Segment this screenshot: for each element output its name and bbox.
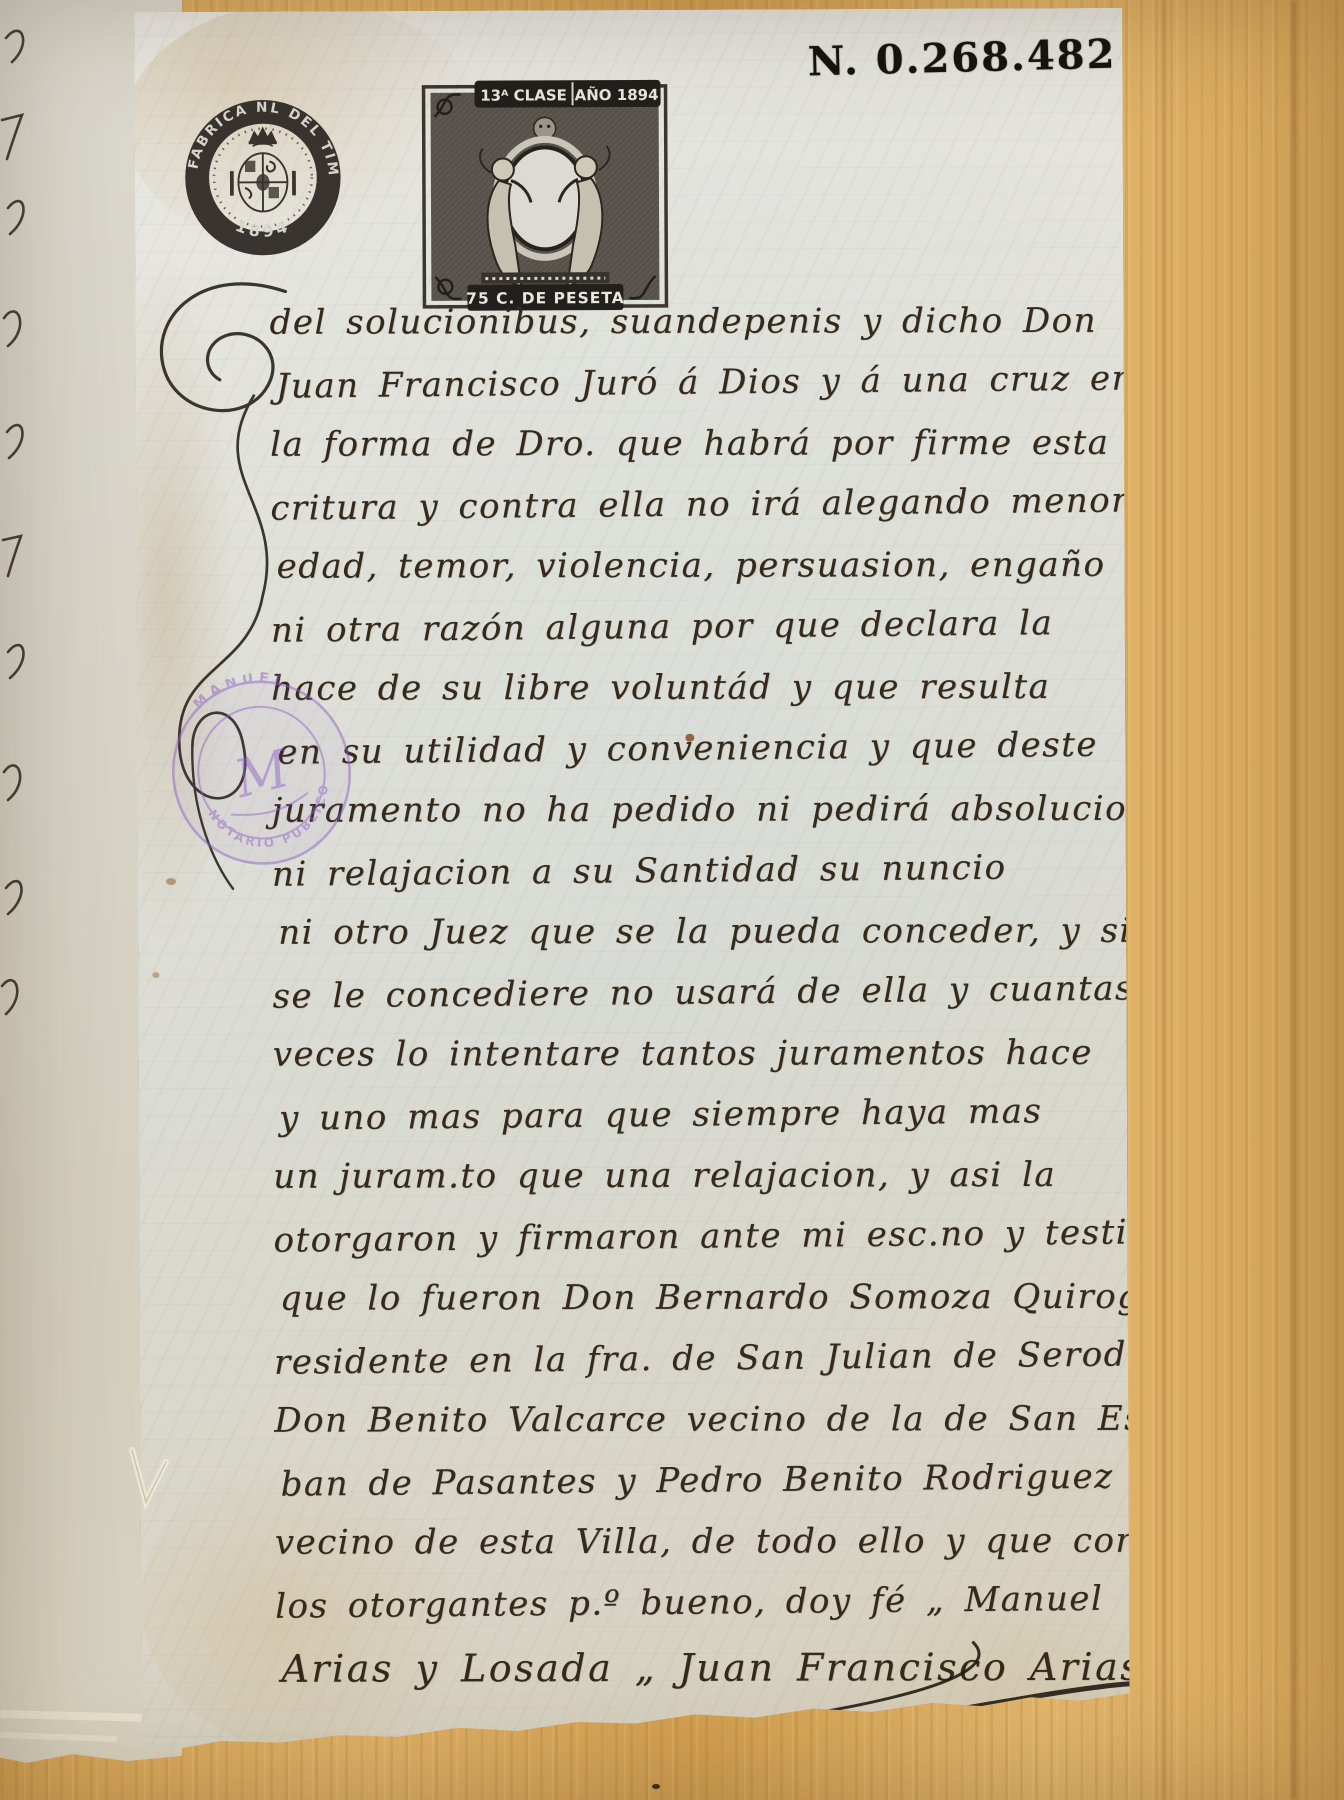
manuscript-line: vecino de esta Villa, de todo ello y que… (275, 1511, 1095, 1574)
binding-thread-icon (116, 1440, 180, 1524)
manuscript-line: edad, temor, violencia, persuasion, enga… (271, 535, 1091, 598)
foxing-spot (152, 972, 159, 978)
manuscript-line: ni otro Juez que se la pueda conceder, y… (272, 901, 1092, 964)
manuscript-line: ni otra razón alguna por que declara la (271, 593, 1092, 662)
manuscript-line: en su utilidad y conveniencia y que dest… (271, 715, 1092, 784)
manuscript-line: critura y contra ella no irá alegando me… (270, 471, 1091, 540)
manuscript-line: un juram.to que una relajacion, y asi la (273, 1145, 1093, 1208)
manuscript-line: y uno mas para que siempre haya mas (273, 1081, 1094, 1150)
stamp-year-label: AÑO 1894 (575, 85, 659, 104)
document-page: N. 0.268.482 FABRICA NL DEL TIMBRE 1894 (134, 8, 1130, 1764)
manuscript-line: veces lo intentare tantos juramentos hac… (273, 1023, 1093, 1086)
revenue-stamp-icon: 13ᴬ CLASE AÑO 1894 (420, 76, 669, 315)
manuscript-line: se le concediere no usará de ella y cuan… (272, 959, 1093, 1028)
manuscript-line: Juan Francisco Juró á Dios y á una cruz … (270, 349, 1091, 418)
manuscript-line: ni relajacion a su Santidad su nuncio (272, 837, 1093, 906)
wood-speck (652, 1784, 660, 1789)
manuscript-line: otorgaron y firmaron ante mi esc.no y te… (273, 1203, 1094, 1272)
manuscript-line: ban de Pasantes y Pedro Benito Rodriguez (274, 1447, 1095, 1516)
manuscript-line: Don Benito Valcarce vecino de la de San … (274, 1389, 1094, 1452)
manuscript-line: que lo fueron Don Bernardo Somoza Quirog… (274, 1267, 1094, 1330)
manuscript-line: del solucionibus, suandepenis y dicho Do… (269, 291, 1089, 354)
serial-number: N. 0.268.482 (796, 31, 1117, 86)
underpage-writing-fragments-icon (0, 0, 80, 1760)
manuscript-line: residente en la fra. de San Julian de Se… (274, 1325, 1095, 1394)
manuscript-line: hace de su libre voluntád y que resulta (271, 657, 1091, 720)
manuscript-line: la forma de Dro. que habrá por firme est… (270, 413, 1090, 476)
photograph-of-notarial-document: N. 0.268.482 FABRICA NL DEL TIMBRE 1894 (0, 0, 1344, 1800)
fabrica-del-timbre-seal-icon: FABRICA NL DEL TIMBRE 1894 (183, 97, 344, 258)
manuscript: del solucionibus, suandepenis y dicho Do… (269, 290, 1095, 1701)
manuscript-line: juramento no ha pedido ni pedirá absoluc… (272, 779, 1092, 842)
stamp-class-label: 13ᴬ CLASE (480, 86, 567, 104)
coat-of-arms-icon (232, 129, 294, 212)
